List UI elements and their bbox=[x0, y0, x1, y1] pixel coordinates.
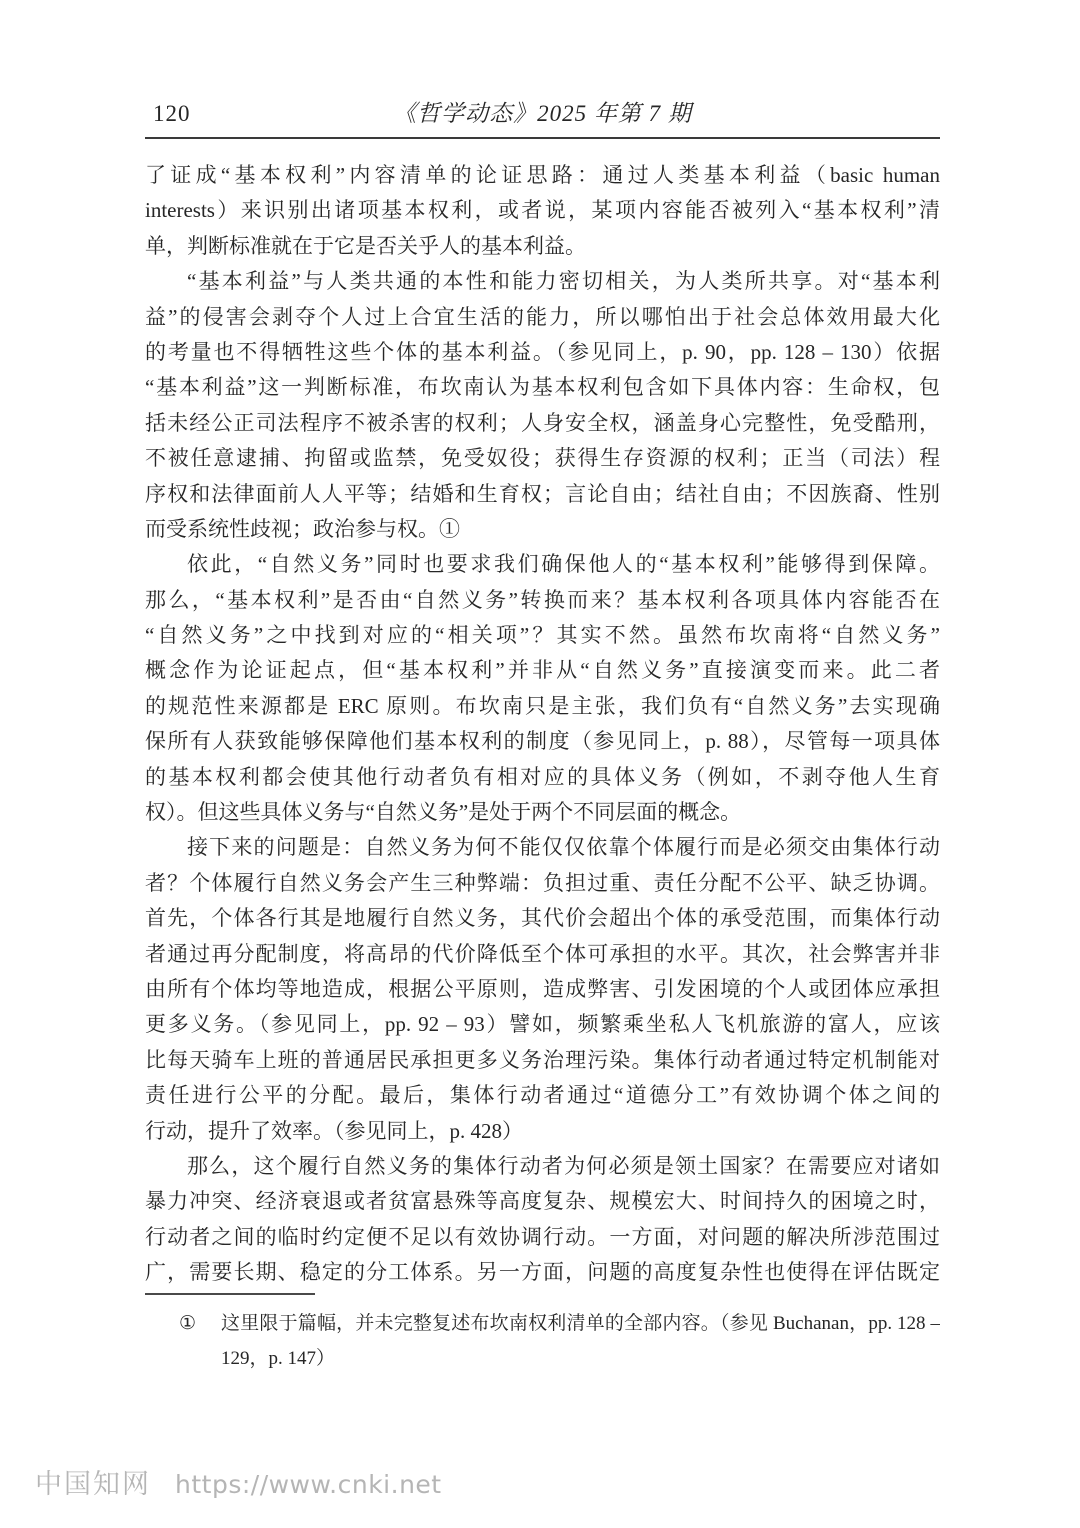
cnki-url: https://www.cnki.net bbox=[175, 1470, 442, 1499]
body-line: “基本利益”与人类共通的本性和能力密切相关，为人类所共享。对“基本利 bbox=[145, 264, 940, 299]
body-line: 括未经公正司法程序不被杀害的权利；人身安全权，涵盖身心完整性，免受酷刑， bbox=[145, 406, 940, 441]
footnote-line: 129，p. 147） bbox=[221, 1341, 940, 1376]
body-line: “基本利益”这一判断标准，布坎南认为基本权利包含如下具体内容：生命权，包 bbox=[145, 370, 940, 405]
body-line: “自然义务”之中找到对应的“相关项”？其实不然。虽然布坎南将“自然义务” bbox=[145, 618, 940, 653]
body-line: 接下来的问题是：自然义务为何不能仅仅依靠个体履行而是必须交由集体行动 bbox=[145, 830, 940, 865]
body-line: 暴力冲突、经济衰退或者贫富悬殊等高度复杂、规模宏大、时间持久的困境之时， bbox=[145, 1184, 940, 1219]
footnote-rule bbox=[145, 1293, 315, 1295]
body-line: 的规范性来源都是 ERC 原则。布坎南只是主张，我们负有“自然义务”去实现确 bbox=[145, 689, 940, 724]
body-line: 者？个体履行自然义务会产生三种弊端：负担过重、责任分配不公平、缺乏协调。 bbox=[145, 866, 940, 901]
body-line: 保所有人获致能够保障他们基本权利的制度（参见同上，p. 88），尽管每一项具体 bbox=[145, 724, 940, 759]
watermark: 中国知网 https://www.cnki.net bbox=[35, 1462, 442, 1501]
body-line: 由所有个体均等地造成，根据公平原则，造成弊害、引发困境的个人或团体应承担 bbox=[145, 972, 940, 1007]
footnote: ① 这里限于篇幅，并未完整复述布坎南权利清单的全部内容。（参见 Buchanan… bbox=[145, 1306, 940, 1376]
body-line: 更多义务。（参见同上，pp. 92 – 93）譬如，频繁乘坐私人飞机旅游的富人，… bbox=[145, 1007, 940, 1042]
body-line: 广，需要长期、稳定的分工体系。另一方面，问题的高度复杂性也使得在评估既定 bbox=[145, 1255, 940, 1290]
body-text: 了证成“基本权利”内容清单的论证思路：通过人类基本利益（basic humani… bbox=[145, 158, 940, 1291]
body-line: 那么，“基本权利”是否由“自然义务”转换而来？基本权利各项具体内容能否在 bbox=[145, 583, 940, 618]
footnote-line: 这里限于篇幅，并未完整复述布坎南权利清单的全部内容。（参见 Buchanan，p… bbox=[221, 1306, 940, 1341]
footnote-marker: ① bbox=[179, 1306, 196, 1341]
body-line: 那么，这个履行自然义务的集体行动者为何必须是领土国家？在需要应对诸如 bbox=[145, 1149, 940, 1184]
body-line: 益”的侵害会剥夺个人过上合宜生活的能力，所以哪怕出于社会总体效用最大化 bbox=[145, 300, 940, 335]
body-line: 者通过再分配制度，将高昂的代价降低至个体可承担的水平。其次，社会弊害并非 bbox=[145, 937, 940, 972]
journal-issue-title: 《哲学动态》2025 年第 7 期 bbox=[145, 98, 940, 130]
running-head: 120 《哲学动态》2025 年第 7 期 bbox=[145, 98, 940, 130]
body-line: 行动，提升了效率。（参见同上，p. 428） bbox=[145, 1114, 940, 1149]
body-line: 依此，“自然义务”同时也要求我们确保他人的“基本权利”能够得到保障。 bbox=[145, 547, 940, 582]
body-line: 权）。但这些具体义务与“自然义务”是处于两个不同层面的概念。 bbox=[145, 795, 940, 830]
body-line: 的基本权利都会使其他行动者负有相对应的具体义务（例如，不剥夺他人生育 bbox=[145, 760, 940, 795]
body-line: 的考量也不得牺牲这些个体的基本利益。（参见同上，p. 90，pp. 128 – … bbox=[145, 335, 940, 370]
body-line: 行动者之间的临时约定便不足以有效协调行动。一方面，对问题的解决所涉范围过 bbox=[145, 1220, 940, 1255]
body-line: interests）来识别出诸项基本权利，或者说，某项内容能否被列入“基本权利”… bbox=[145, 193, 940, 228]
body-line: 首先，个体各行其是地履行自然义务，其代价会超出个体的承受范围，而集体行动 bbox=[145, 901, 940, 936]
footnote-text: 这里限于篇幅，并未完整复述布坎南权利清单的全部内容。（参见 Buchanan，p… bbox=[221, 1306, 940, 1376]
header-rule bbox=[145, 137, 940, 139]
body-line: 责任进行公平的分配。最后，集体行动者通过“道德分工”有效协调个体之间的 bbox=[145, 1078, 940, 1113]
body-line: 序权和法律面前人人平等；结婚和生育权；言论自由；结社自由；不因族裔、性别 bbox=[145, 477, 940, 512]
body-line: 概念作为论证起点，但“基本权利”并非从“自然义务”直接演变而来。此二者 bbox=[145, 653, 940, 688]
body-line: 比每天骑车上班的普通居民承担更多义务治理污染。集体行动者通过特定机制能对 bbox=[145, 1043, 940, 1078]
body-line: 单，判断标准就在于它是否关乎人的基本利益。 bbox=[145, 229, 940, 264]
body-line: 不被任意逮捕、拘留或监禁，免受奴役；获得生存资源的权利；正当（司法）程 bbox=[145, 441, 940, 476]
body-line: 而受系统性歧视；政治参与权。① bbox=[145, 512, 940, 547]
cnki-site-name: 中国知网 bbox=[35, 1462, 151, 1501]
body-line: 了证成“基本权利”内容清单的论证思路：通过人类基本利益（basic human bbox=[145, 158, 940, 193]
journal-page: 120 《哲学动态》2025 年第 7 期 了证成“基本权利”内容清单的论证思路… bbox=[0, 0, 1080, 1528]
